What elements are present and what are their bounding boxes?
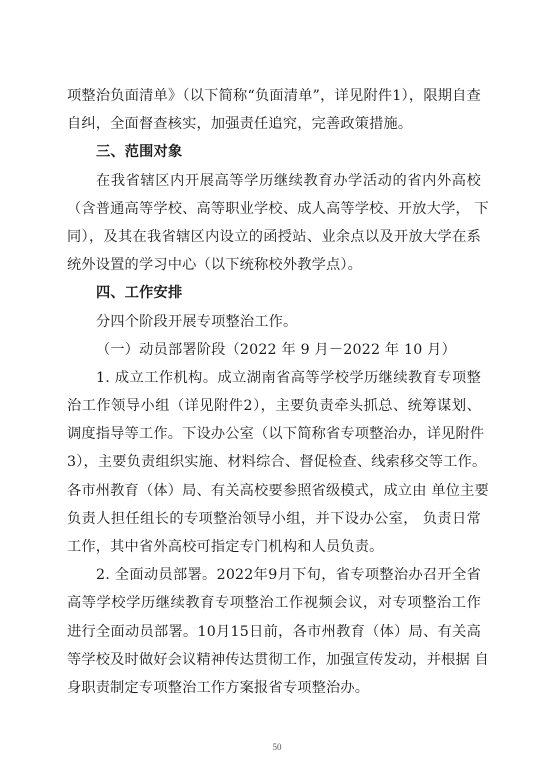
text-line: 负责人担任组长的专项整治领导小组，并下设办公室， 负责日常 [67, 505, 481, 533]
text-line: 等学校及时做好会议精神传达贯彻工作，加强宣传发动，并根据 自 [67, 646, 481, 674]
section-heading-arrangement: 四、工作安排 [67, 279, 481, 307]
text-line: 工作，其中省外高校可指定专门机构和人员负责。 [67, 533, 481, 561]
text-line: 1. 成立工作机构。成立湖南省高等学校学历继续教育专项整 [67, 364, 481, 392]
text-line: 2. 全面动员部署。2022年9月下旬，省专项整治办召开全省 [67, 561, 481, 589]
page-number: 50 [0, 742, 554, 752]
text-line: 身职责制定专项整治工作方案报省专项整治办。 [67, 674, 481, 702]
text-line: 分四个阶段开展专项整治工作。 [67, 308, 481, 336]
text-line: 自纠，全面督查核实，加强责任追究，完善政策措施。 [67, 110, 481, 138]
text-line: 在我省辖区内开展高等学历继续教育办学活动的省内外高校 [67, 167, 481, 195]
document-body: 项整治负面清单》（以下简称“负面清单”，详见附件1），限期自查 自纠，全面督查核… [67, 82, 481, 702]
text-line: 各市州教育（体）局、有关高校要参照省级模式，成立由 单位主要 [67, 477, 481, 505]
text-line: 统外设置的学习中心（以下统称校外教学点）。 [67, 251, 481, 279]
text-line: 调度指导等工作。下设办公室（以下简称省专项整治办，详见附件 [67, 420, 481, 448]
text-line: 3），主要负责组织实施、材料综合、督促检查、线索移交等工作。 [67, 448, 481, 476]
text-line: 治工作领导小组（详见附件2），主要负责牵头抓总、统筹谋划、 [67, 392, 481, 420]
text-line: 同），及其在我省辖区内设立的函授站、业余点以及开放大学在系 [67, 223, 481, 251]
text-line: 项整治负面清单》（以下简称“负面清单”，详见附件1），限期自查 [67, 82, 481, 110]
subsection-heading: （一）动员部署阶段（2022 年 9 月－2022 年 10 月） [67, 336, 481, 364]
section-heading-scope: 三、范围对象 [67, 138, 481, 166]
document-page: 项整治负面清单》（以下简称“负面清单”，详见附件1），限期自查 自纠，全面督查核… [0, 0, 554, 783]
text-line: （含普通高等学校、高等职业学校、成人高等学校、开放大学， 下 [67, 195, 481, 223]
text-line: 进行全面动员部署。10月15日前，各市州教育（体）局、有关高 [67, 618, 481, 646]
text-line: 高等学校学历继续教育专项整治工作视频会议，对专项整治工作 [67, 589, 481, 617]
